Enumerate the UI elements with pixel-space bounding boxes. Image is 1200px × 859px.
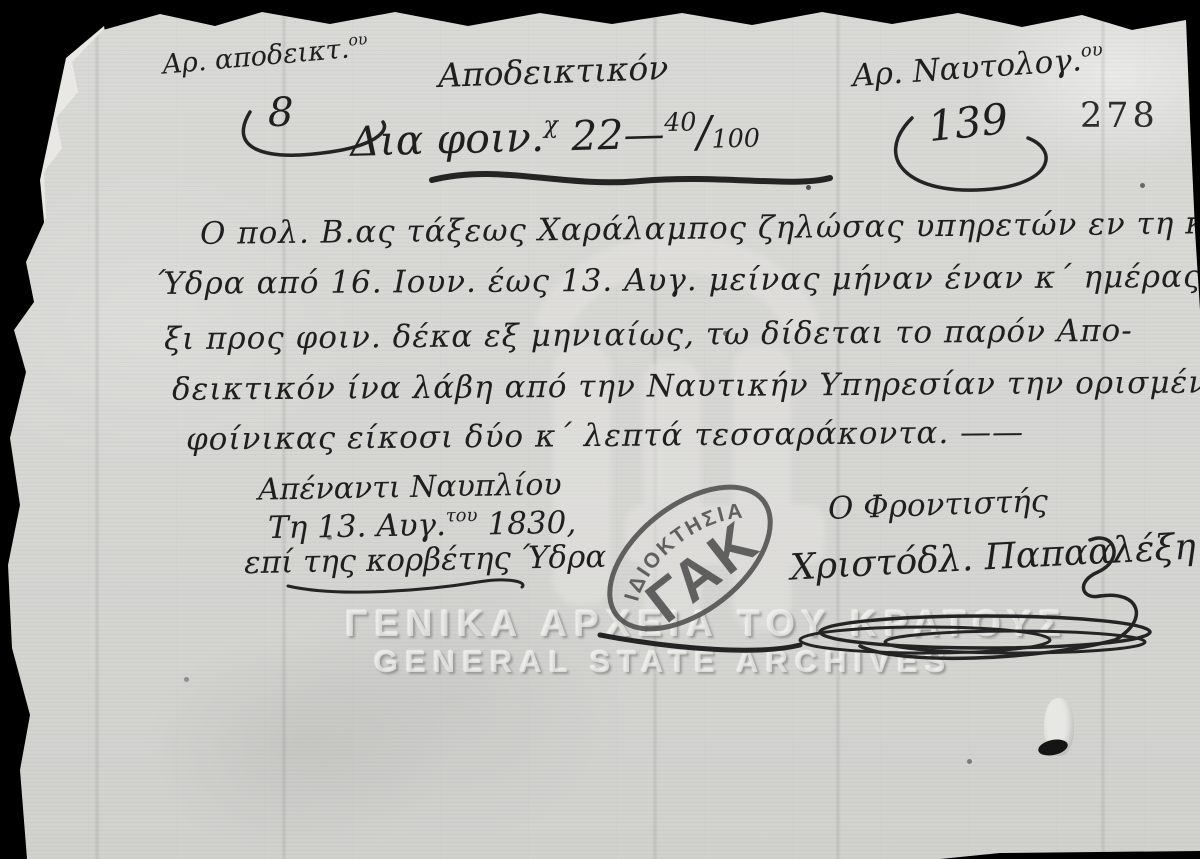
scanner-background: ΓΕΝΙΚΑ ΑΡΧΕΙΑ ΤΟΥ ΚΡΑΤΟΥΣ GENERAL STATE … (0, 0, 1200, 859)
signature-flourish (0, 0, 1200, 859)
ink-specks (0, 0, 3, 3)
gak-property-stamp: ΙΔΙΟΚΤΗΣΙΑ ΓΑΚ (580, 468, 800, 648)
document-paper: ΓΕΝΙΚΑ ΑΡΧΕΙΑ ΤΟΥ ΚΡΑΤΟΥΣ GENERAL STATE … (0, 0, 1200, 859)
